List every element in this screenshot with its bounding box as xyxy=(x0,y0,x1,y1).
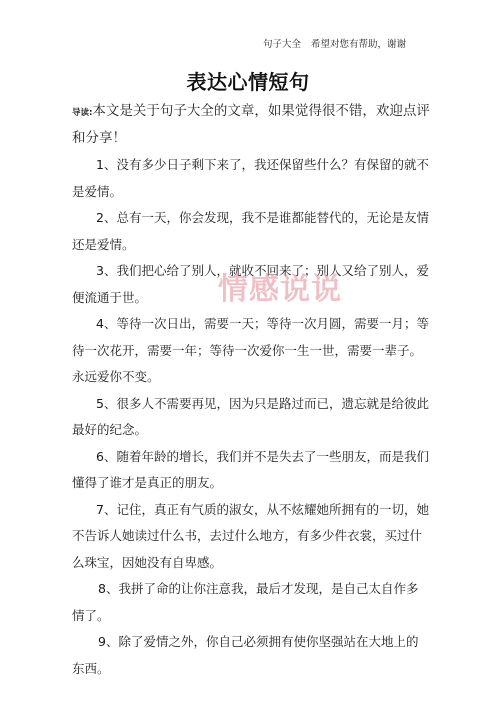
list-item: 7、记住，真正有气质的淑女，从不炫耀她所拥有的一切，她不告诉人她读过什么书，去过… xyxy=(72,497,430,577)
list-item: 1、没有多少日子剩下来了，我还保留些什么？有保留的就不是爱情。 xyxy=(72,152,430,205)
header-tagline: 希望对您有帮助，谢谢 xyxy=(311,39,406,50)
intro-text: 本文是关于句子大全的文章，如果觉得很不错，欢迎点评和分享！ xyxy=(72,103,430,146)
list-item: 4、等待一次日出，需要一天；等待一次月圆，需要一月；等待一次花开，需要一年；等待… xyxy=(72,311,430,391)
sentence-list: 1、没有多少日子剩下来了，我还保留些什么？有保留的就不是爱情。 2、总有一天，你… xyxy=(72,152,430,682)
intro-paragraph: 导读:本文是关于句子大全的文章，如果觉得很不错，欢迎点评和分享！ xyxy=(72,99,432,151)
list-item: 9、除了爱情之外，你自己必须拥有使你坚强站在大地上的东西。 xyxy=(72,629,430,682)
list-item: 5、很多人不需要再见，因为只是路过而已，遗忘就是给彼此最好的纪念。 xyxy=(72,391,430,444)
list-item: 2、总有一天，你会发现，我不是谁都能替代的，无论是友情还是爱情。 xyxy=(72,205,430,258)
list-item: 8、我拼了命的让你注意我，最后才发现，是自己太自作多情了。 xyxy=(72,576,430,629)
list-item: 6、随着年龄的增长，我们并不是失去了一些朋友，而是我们懂得了谁才是真正的朋友。 xyxy=(72,444,430,497)
header-note: 句子大全希望对您有帮助，谢谢 xyxy=(263,36,406,50)
intro-label: 导读: xyxy=(72,108,92,118)
list-item: 3、我们把心给了别人，就收不回来了；别人又给了别人，爱便流通于世。 xyxy=(72,258,430,311)
header-site-name: 句子大全 xyxy=(263,39,301,50)
page-title: 表达心情短句 xyxy=(0,66,496,95)
